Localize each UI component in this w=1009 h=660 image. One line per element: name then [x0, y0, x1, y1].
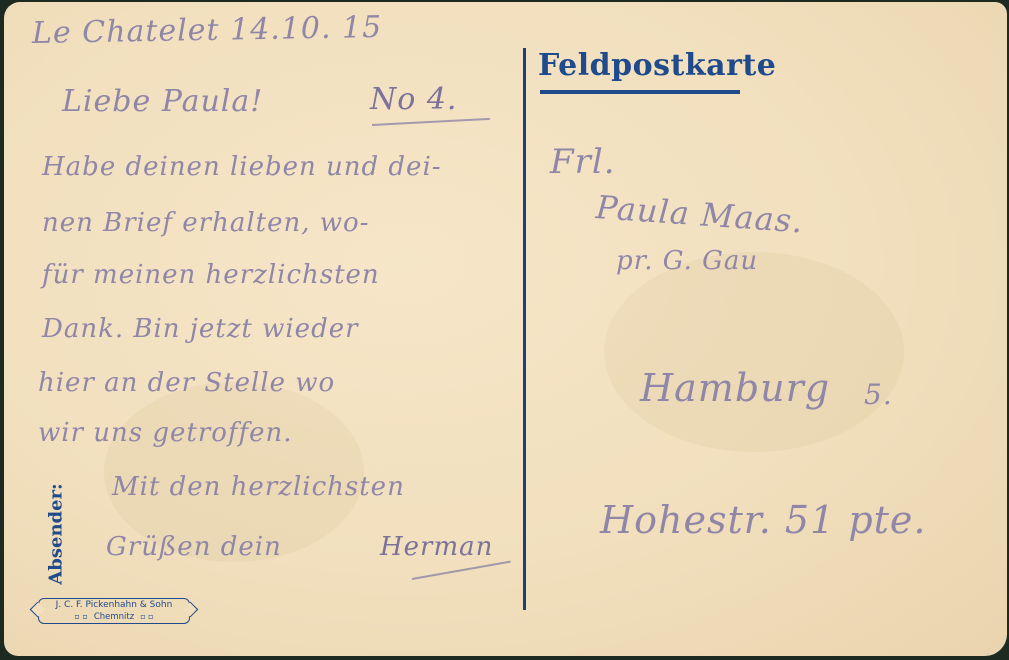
card-title: Feldpostkarte — [538, 48, 776, 83]
address-care-of: pr. G. Gau — [616, 246, 758, 276]
message-line: für meinen herzlichsten — [42, 260, 380, 290]
message-line: wir uns getroffen. — [38, 418, 293, 448]
message-line: Habe deinen lieben und dei- — [42, 152, 442, 182]
address-district: 5. — [864, 378, 893, 411]
message-line: Grüßen dein — [106, 532, 282, 562]
postcard: Le Chatelet 14.10. 15 Liebe Paula! No 4.… — [4, 2, 1007, 656]
paper-stain — [604, 252, 904, 452]
message-line: Mit den herzlichsten — [112, 472, 405, 502]
center-divider-line — [523, 48, 526, 610]
address-title: Frl. — [550, 142, 616, 182]
printer-imprint: J. C. F. Pickenhahn & Sohn Chemnitz — [38, 598, 190, 624]
address-street: Hohestr. 51 pte. — [600, 498, 927, 542]
signature-flourish — [412, 561, 511, 580]
printer-name: J. C. F. Pickenhahn & Sohn — [39, 600, 189, 611]
sender-label: Absender: — [46, 483, 67, 584]
printer-city: Chemnitz — [39, 611, 189, 623]
title-underline — [540, 90, 740, 94]
message-line: Dank. Bin jetzt wieder — [42, 314, 359, 344]
address-city: Hamburg — [640, 366, 830, 410]
message-date-line: Le Chatelet 14.10. 15 — [32, 10, 383, 51]
number-underline — [372, 118, 490, 126]
message-greeting: Liebe Paula! — [62, 84, 263, 119]
message-line: nen Brief erhalten, wo- — [42, 208, 369, 238]
message-number: No 4. — [370, 82, 457, 117]
message-line: hier an der Stelle wo — [38, 368, 335, 398]
address-name: Paula Maas. — [595, 188, 805, 240]
signature: Herman — [380, 532, 493, 562]
